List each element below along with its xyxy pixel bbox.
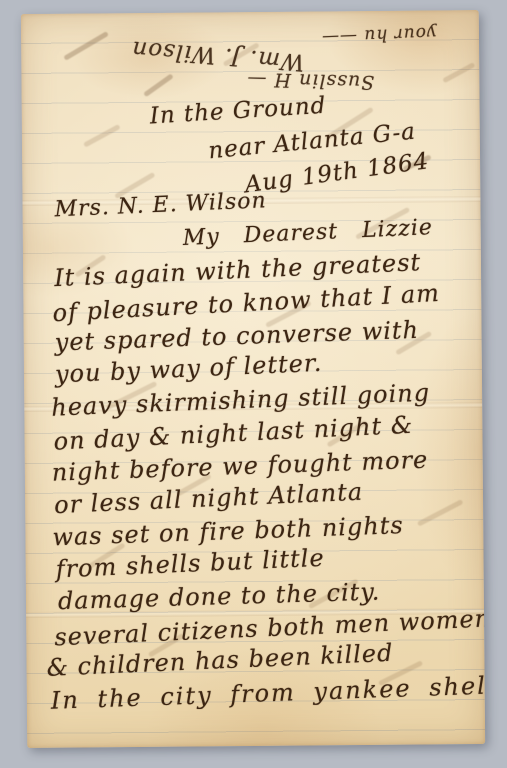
inverted-closing-line: your hu —— <box>321 22 437 47</box>
ink-bleedthrough-mark <box>63 31 109 61</box>
body-line: was set on fire both nights <box>52 511 404 551</box>
inverted-closing-line: Susslin H — <box>246 68 374 93</box>
salutation-line: My Dearest Lizzie <box>182 215 433 251</box>
ink-bleedthrough-mark <box>442 62 475 83</box>
photo-background: your hu —— Wm. J. Wilson Susslin H — In … <box>0 0 507 768</box>
ink-bleedthrough-mark <box>417 499 464 527</box>
letter-paper: your hu —— Wm. J. Wilson Susslin H — In … <box>21 10 485 748</box>
ink-bleedthrough-mark <box>143 73 174 97</box>
ink-bleedthrough-mark <box>83 124 121 147</box>
recipient-line: Mrs. N. E. Wilson <box>54 188 267 222</box>
dateline-location: In the Ground <box>149 93 327 130</box>
